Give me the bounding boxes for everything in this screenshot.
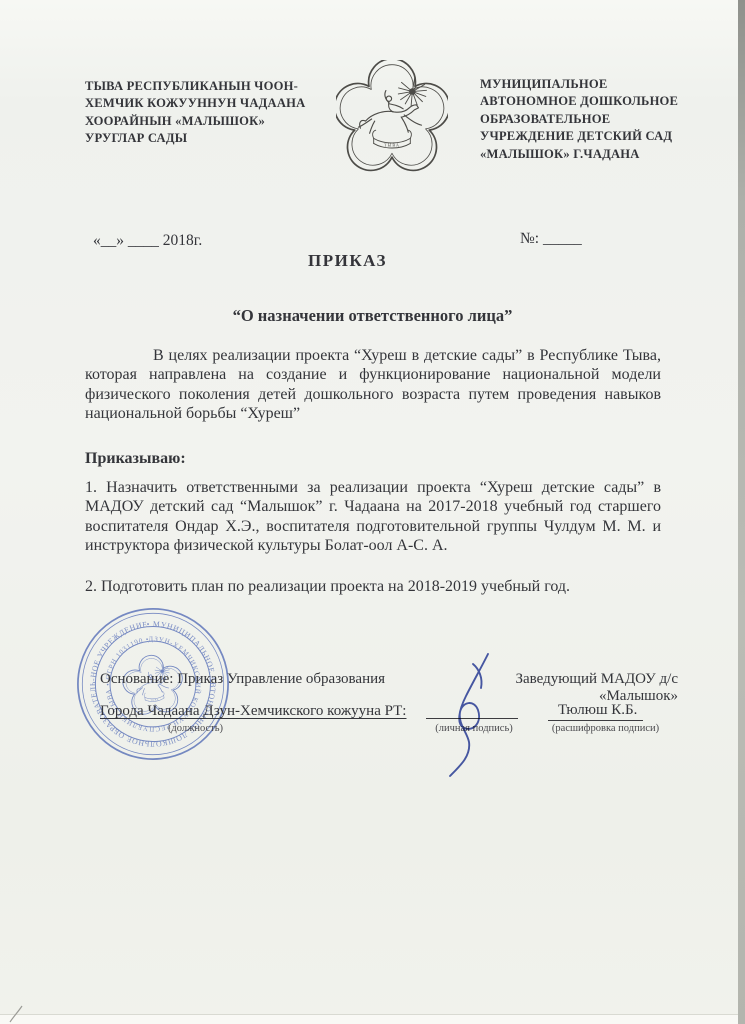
org-name-right-line: УЧРЕЖДЕНИЕ ДЕТСКИЙ САД bbox=[480, 128, 715, 145]
org-name-right: МУНИЦИПАЛЬНОЕ АВТОНОМНОЕ ДОШКОЛЬНОЕ ОБРА… bbox=[480, 76, 715, 163]
order-item-1: 1. Назначить ответственными за реализаци… bbox=[85, 478, 661, 556]
position-line: Города Чадаана Дзун-Хемчикского кожууна … bbox=[100, 703, 406, 720]
ribbon-text: ТЫВА bbox=[384, 142, 400, 147]
position-caption: (должность) bbox=[133, 723, 258, 734]
order-number-line: №: _____ bbox=[520, 230, 582, 248]
org-name-left-line: ХООРАЙНЫН «МАЛЫШОК» bbox=[85, 113, 345, 130]
scan-corner-mark bbox=[6, 1004, 30, 1024]
scan-edge-right bbox=[738, 0, 745, 1024]
org-name-right-line: АВТОНОМНОЕ ДОШКОЛЬНОЕ bbox=[480, 93, 715, 110]
basis-line: Основание: Приказ Управление образования bbox=[100, 671, 385, 688]
order-heading: ПРИКАЗ bbox=[60, 251, 635, 271]
order-subject: “О назначении ответственного лица” bbox=[85, 306, 660, 326]
scan-edge-bottom bbox=[0, 1014, 738, 1024]
order-preamble: В целях реализации проекта “Хуреш в детс… bbox=[85, 346, 661, 424]
order-item-2: 2. Подготовить план по реализации проект… bbox=[85, 577, 661, 596]
org-name-right-line: ОБРАЗОВАТЕЛЬНОЕ bbox=[480, 111, 715, 128]
org-name-left-line: УРУГЛАР САДЫ bbox=[85, 130, 345, 147]
scanned-document-page: ТЫВА РЕСПУБЛИКАНЫН ЧООН- ХЕМЧИК КОЖУУННУ… bbox=[0, 0, 745, 1024]
org-name-right-line: МУНИЦИПАЛЬНОЕ bbox=[480, 76, 715, 93]
org-name-right-line: «МАЛЫШОК» Г.ЧАДАНА bbox=[480, 146, 715, 163]
date-line: «__» ____ 2018г. bbox=[93, 232, 202, 250]
ribbon-banner: ТЫВА bbox=[373, 130, 412, 148]
name-caption: (расшифровка подписи) bbox=[543, 723, 668, 734]
org-name-left-line: ХЕМЧИК КОЖУУННУН ЧАДААНА bbox=[85, 95, 345, 112]
org-name-left: ТЫВА РЕСПУБЛИКАНЫН ЧООН- ХЕМЧИК КОЖУУННУ… bbox=[85, 78, 345, 148]
handwritten-signature bbox=[438, 648, 530, 782]
name-line: Тюлюш К.Б. bbox=[548, 702, 643, 721]
resolve-label: Приказываю: bbox=[85, 450, 186, 468]
tuva-emblem-logo: ТЫВА bbox=[336, 60, 448, 176]
org-name-left-line: ТЫВА РЕСПУБЛИКАНЫН ЧООН- bbox=[85, 78, 345, 95]
emblem-frame-inner bbox=[340, 65, 444, 166]
